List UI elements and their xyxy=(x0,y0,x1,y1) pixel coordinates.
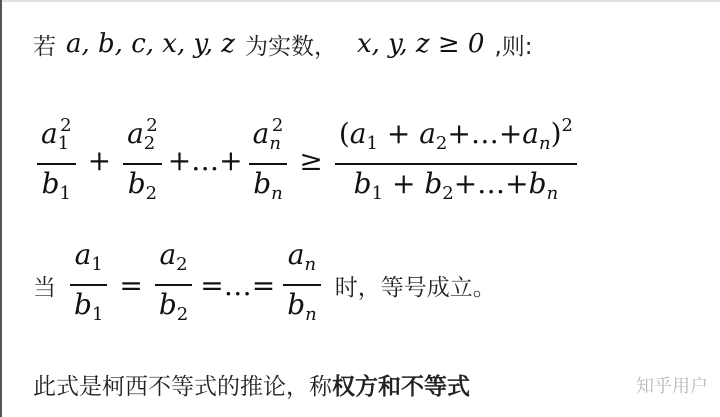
inequality-name: 权方和不等式 xyxy=(332,368,470,401)
top-border xyxy=(0,0,720,2)
geq-sign: ≥ xyxy=(299,144,322,177)
premise-condition: x, y, z ≥ 0 xyxy=(357,29,485,59)
fraction-sum-squared: (a1 + a2+…+an)2 b1 + b2+…+bn xyxy=(335,107,577,213)
premise-middle: 为实数， xyxy=(245,28,337,61)
premise-suffix: ,则: xyxy=(494,28,532,61)
equality-condition: 当 a1b1 = a2b2 =…= anbn 时，等号成立。 xyxy=(33,245,496,325)
conclusion-line: 此式是柯西不等式的推论，称 权方和不等式 xyxy=(33,364,470,404)
equality-prefix: 当 xyxy=(33,269,56,302)
fraction-a1-b1: a12b1 xyxy=(37,107,76,213)
premise-line: 若 a, b, c, x, y, z 为实数， x, y, z ≥ 0 ,则: xyxy=(33,22,533,66)
equality-suffix: 时，等号成立。 xyxy=(335,269,496,302)
conclusion-text: 此式是柯西不等式的推论，称 xyxy=(33,368,332,401)
premise-prefix: 若 xyxy=(33,28,56,61)
power-mean-inequality: a12b1 + a22b2 +…+ an2bn ≥ (a1 + a2+…+an)… xyxy=(33,110,581,210)
premise-vars: a, b, c, x, y, z xyxy=(66,29,235,59)
zhihu-watermark: 知乎用户 xyxy=(636,372,708,398)
fraction-an-bn: an2bn xyxy=(249,107,288,213)
left-border xyxy=(0,0,2,417)
fraction-a2-b2: a22b2 xyxy=(123,107,162,213)
